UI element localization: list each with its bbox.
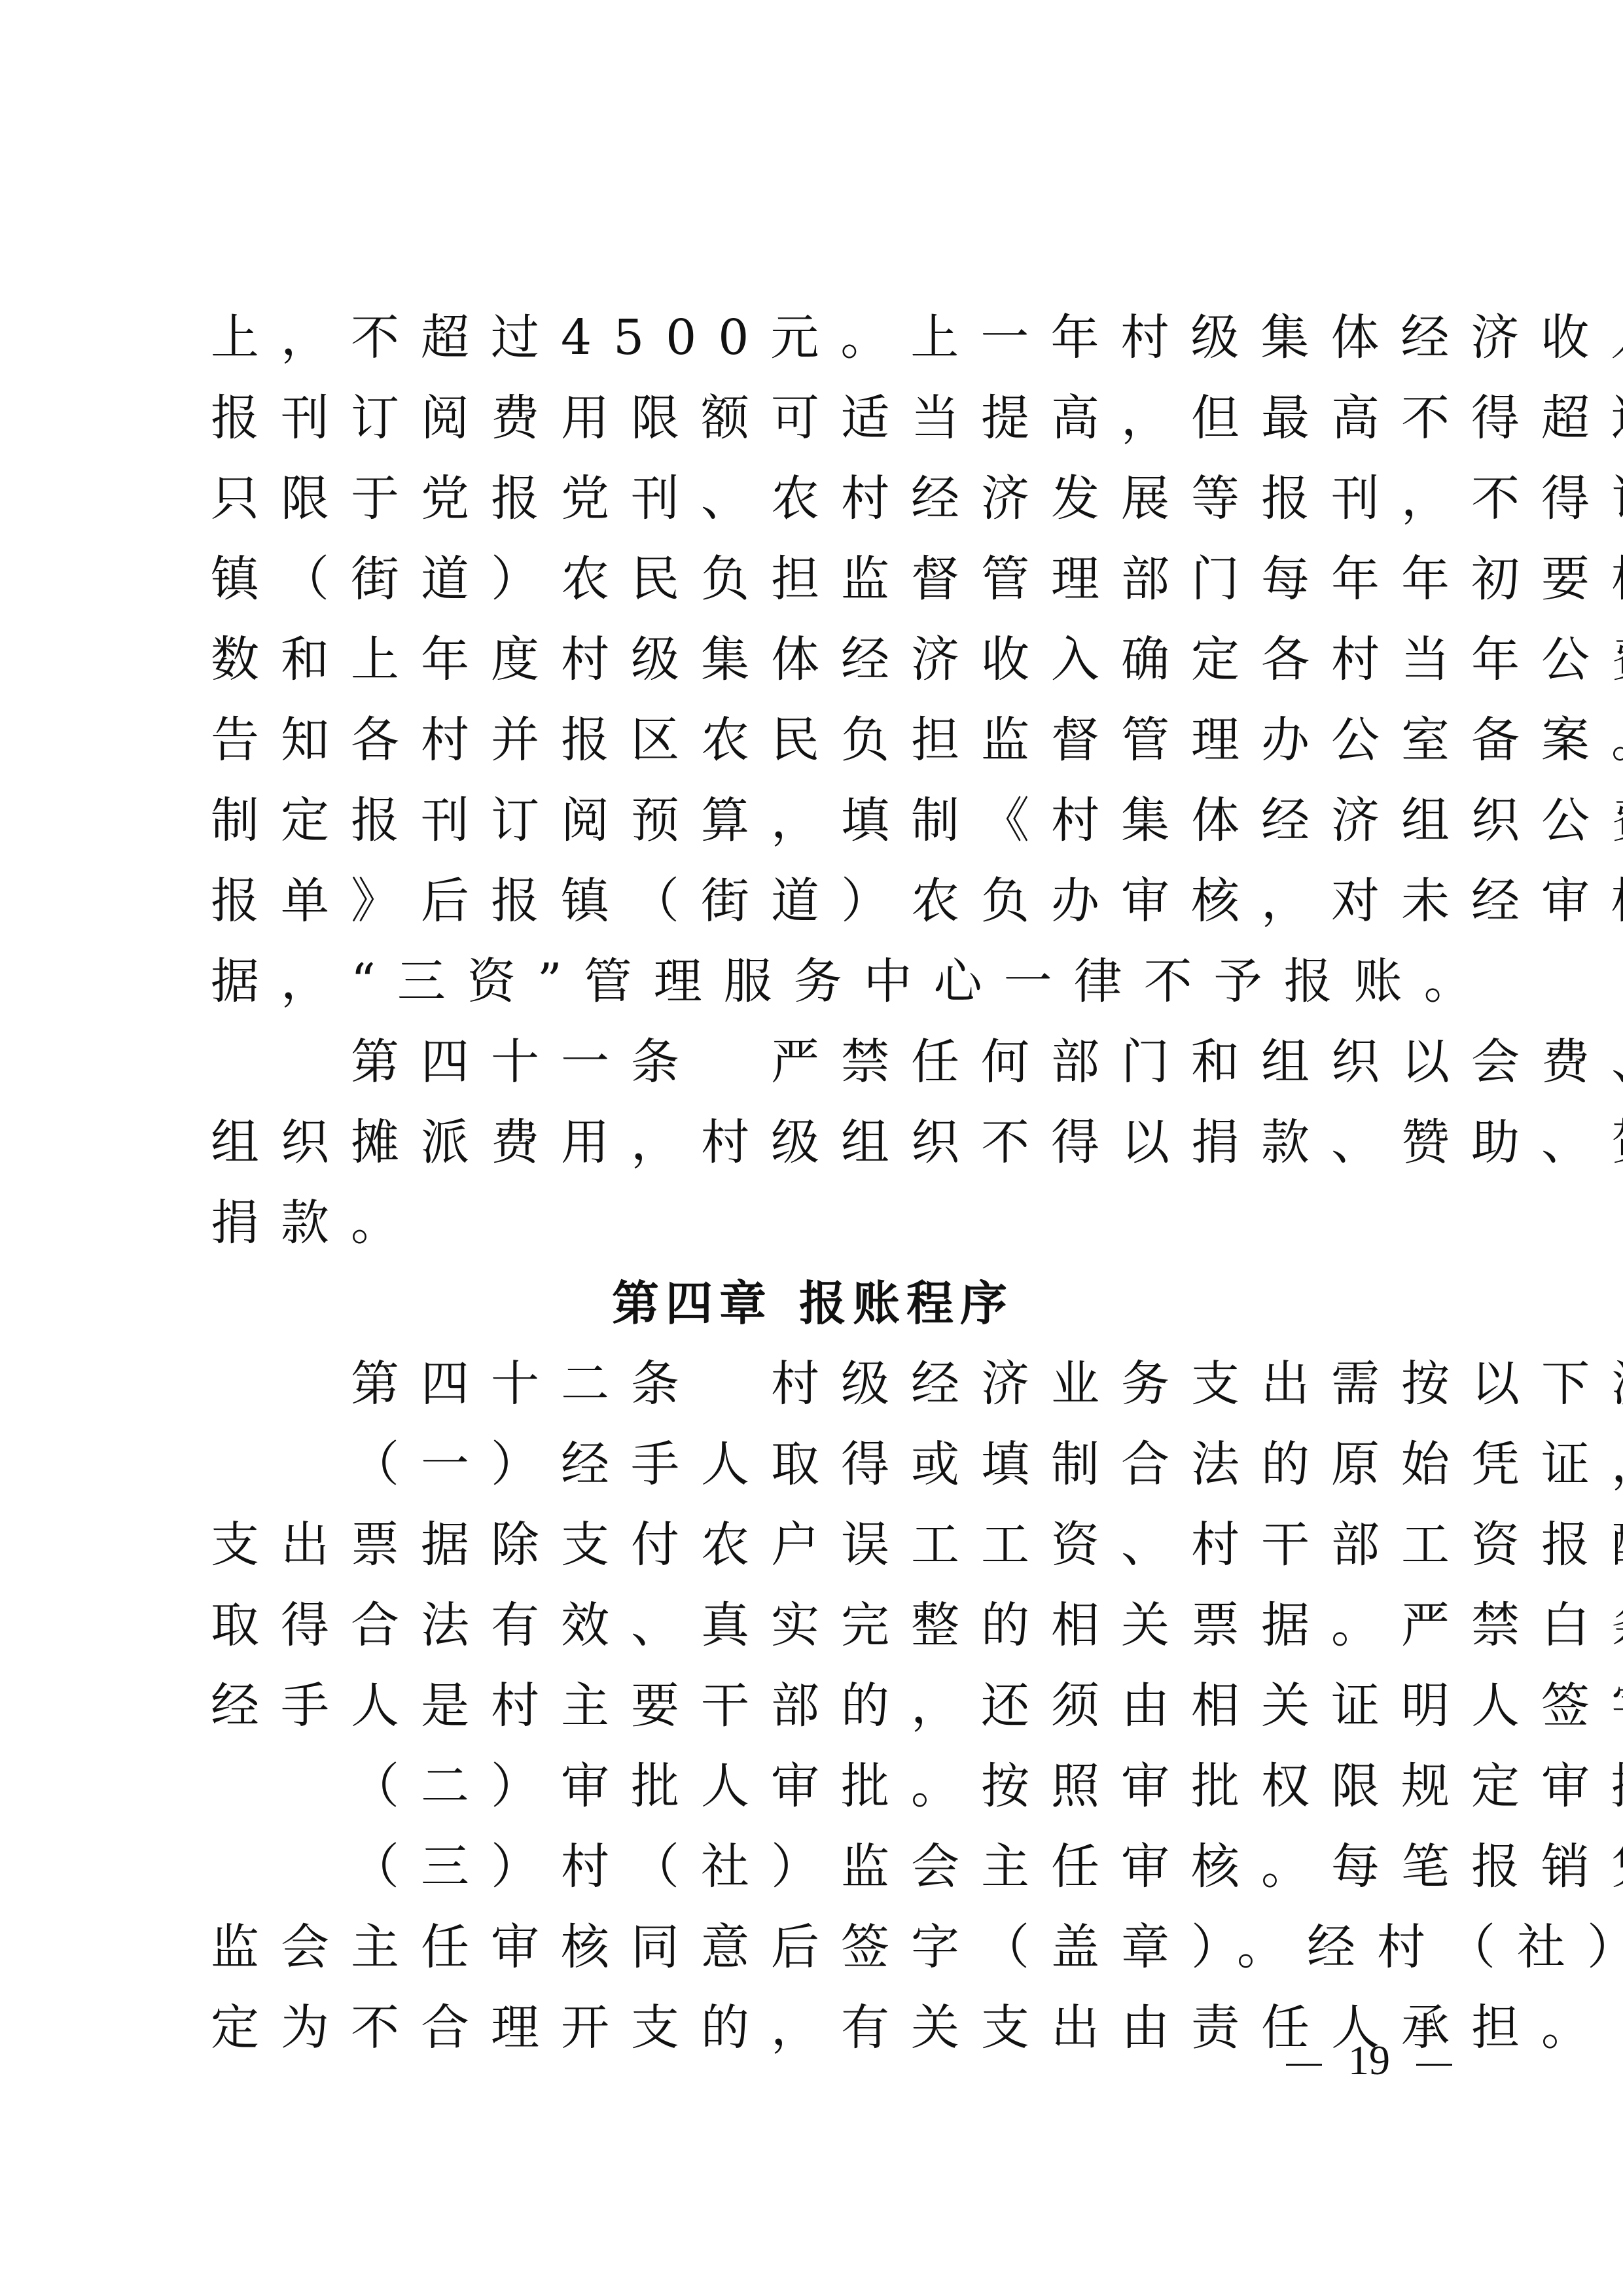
article-42-heading-line: 第四十二条 村级经济业务支出需按以下流程报支：: [211, 1344, 1415, 1424]
chapter-title: 第四章报账程序: [211, 1263, 1415, 1344]
text-line: 组织摊派费用，村级组织不得以捐款、赞助、贺礼费等名义向外: [211, 1103, 1415, 1183]
text-line: 制定报刊订阅预算，填制《村集体经济组织公费订阅报刊费用申: [211, 781, 1415, 861]
page-number-value: 19: [1348, 2037, 1390, 2083]
text-line: 监会主任审核同意后签字（盖章）。经村（社）监会主任审核确: [211, 1907, 1415, 1988]
text-line: 据，“三资”管理服务中心一律不予报账。: [211, 942, 1415, 1022]
list-item-2-line: （二）审批人审批。按照审批权限规定审批。: [211, 1746, 1415, 1827]
article-41-heading-line: 第四十一条 严禁任何部门和组织以会费、捐赠名义向村级: [211, 1022, 1415, 1103]
body-text: 上，不超过4500元。上一年村级集体经济收入100万以上的村， 报刊订阅费用限额…: [211, 298, 1415, 2068]
text-line: 支出票据除支付农户误工工资、村干部工资报酬等款项外，必须: [211, 1505, 1415, 1585]
text-line: 经手人是村主要干部的，还须由相关证明人签字证明。: [211, 1666, 1415, 1746]
text-line: 上，不超过4500元。上一年村级集体经济收入100万以上的村，: [211, 298, 1415, 378]
text-line: 镇（街道）农民负担监督管理部门每年年初要根据各村在册人口: [211, 539, 1415, 620]
dash-right: [1416, 2064, 1452, 2066]
chapter-name: 报账程序: [799, 1276, 1014, 1331]
text-line: 数和上年度村级集体经济收入确定各村当年公费订阅报刊限额，: [211, 620, 1415, 700]
page-number: 19: [1260, 2036, 1478, 2085]
list-item-3-line: （三）村（社）监会主任审核。每笔报销凭证必须经村（社）: [211, 1827, 1415, 1907]
chapter-number: 第四章: [612, 1276, 773, 1331]
text-line: 取得合法有效、真实完整的相关票据。严禁白条抵库和白票入账。: [211, 1585, 1415, 1666]
dash-left: [1286, 2064, 1322, 2066]
text-line: 只限于党报党刊、农村经济发展等报刊，不得订阅娱乐性杂志。: [211, 459, 1415, 539]
text-line: 定为不合理开支的，有关支出由责任人承担。: [211, 1988, 1415, 2068]
text-line: 捐款。: [211, 1183, 1415, 1263]
document-page: 上，不超过4500元。上一年村级集体经济收入100万以上的村， 报刊订阅费用限额…: [0, 0, 1623, 2296]
text-line: 报刊订阅费用限额可适当提高，但最高不得超过一倍。报刊订阅: [211, 378, 1415, 459]
list-item-1-line: （一）经手人取得或填制合法的原始凭证，注明用途并签字。: [211, 1424, 1415, 1505]
text-line: 报单》后报镇（街道）农负办审核，对未经审核公费订阅报刊票: [211, 861, 1415, 942]
text-line: 告知各村并报区农民负担监督管理办公室备案。村级组织要及时: [211, 700, 1415, 781]
